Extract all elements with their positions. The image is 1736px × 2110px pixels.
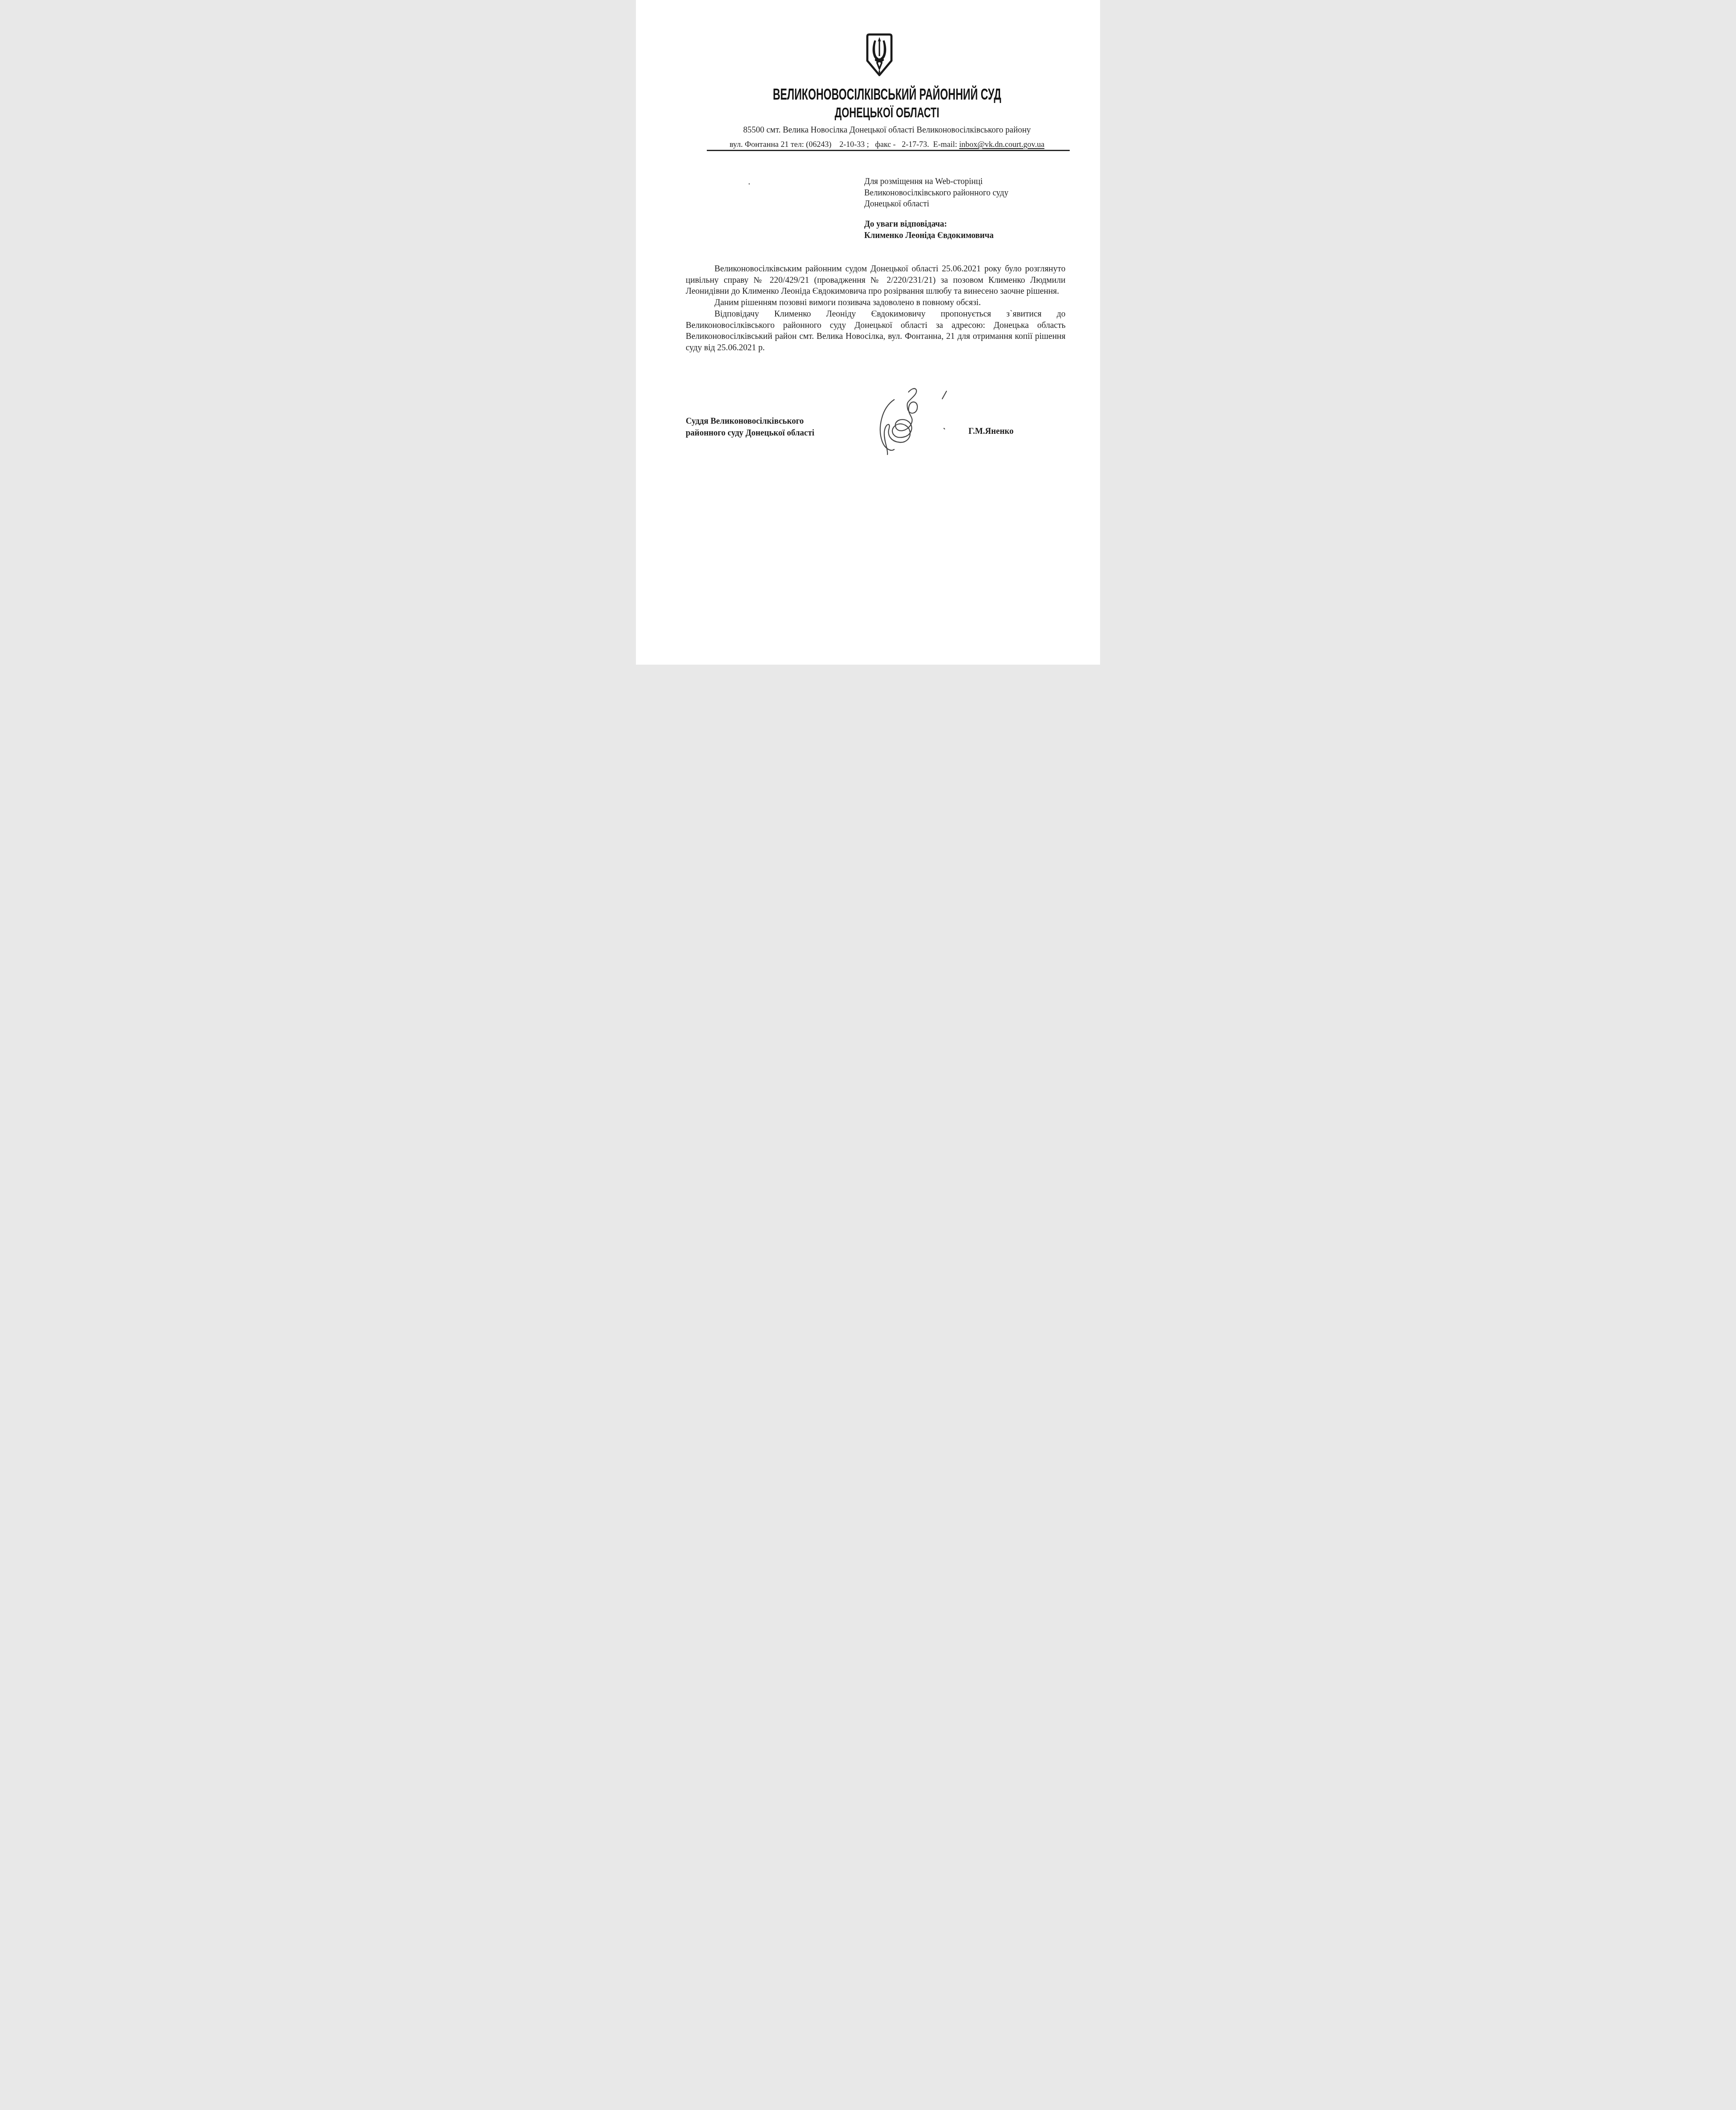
web-note-line: Великоновосілківського районного суду <box>864 187 1009 199</box>
respondent-name: Клименко Леоніда Євдокимовича <box>864 230 994 241</box>
court-title-line1: ВЕЛИКОНОВОСІЛКІВСЬКИЙ РАЙОННИЙ СУД <box>676 86 1098 103</box>
header-divider <box>707 150 1070 151</box>
court-title-line2: ДОНЕЦЬКОЇ ОБЛАСТІ <box>676 105 1098 120</box>
court-contacts-line: вул. Фонтанна 21 тел: (06243) 2-10-33 ; … <box>676 140 1098 149</box>
body-paragraph: Великоновосілківським районним судом Дон… <box>686 263 1065 297</box>
body-paragraph: Відповідачу Клименко Леоніду Євдокимович… <box>686 308 1065 354</box>
handwritten-signature-icon <box>867 386 952 458</box>
signature-scrawl-icon <box>867 386 952 458</box>
contacts-text: вул. Фонтанна 21 тел: (06243) 2-10-33 ; … <box>730 140 959 149</box>
attention-heading: До уваги відповідача: <box>864 219 994 230</box>
web-note-line: Донецької області <box>864 198 1009 210</box>
court-letter-page: ВЕЛИКОНОВОСІЛКІВСЬКИЙ РАЙОННИЙ СУД ДОНЕЦ… <box>636 0 1100 665</box>
court-title-line2-text: ДОНЕЦЬКОЇ ОБЛАСТІ <box>835 105 939 120</box>
web-placement-note: Для розміщення на Web-сторінці Великонов… <box>864 176 1009 210</box>
judge-title-line: Суддя Великоновосілківського <box>686 416 814 427</box>
court-address-line: 85500 смт. Велика Новосілка Донецької об… <box>676 125 1098 135</box>
trident-icon <box>865 33 893 80</box>
email-address: inbox@vk.dn.court.gov.ua <box>959 140 1044 149</box>
judge-name: Г.М.Яненко <box>968 427 1014 436</box>
judge-title-line: районного суду Донецької області <box>686 427 814 439</box>
judge-title: Суддя Великоновосілківського районного с… <box>686 416 814 439</box>
ukraine-trident-emblem <box>865 33 893 80</box>
body-paragraph: Даним рішенням позовні вимоги позивача з… <box>686 297 1065 308</box>
web-note-line: Для розміщення на Web-сторінці <box>864 176 1009 187</box>
court-title-line1-text: ВЕЛИКОНОВОСІЛКІВСЬКИЙ РАЙОННИЙ СУД <box>773 86 1001 103</box>
respondent-attention-block: До уваги відповідача: Клименко Леоніда Є… <box>864 219 994 241</box>
stray-dot-mark: . <box>748 177 750 187</box>
letter-body: Великоновосілківським районним судом Дон… <box>686 263 1065 354</box>
